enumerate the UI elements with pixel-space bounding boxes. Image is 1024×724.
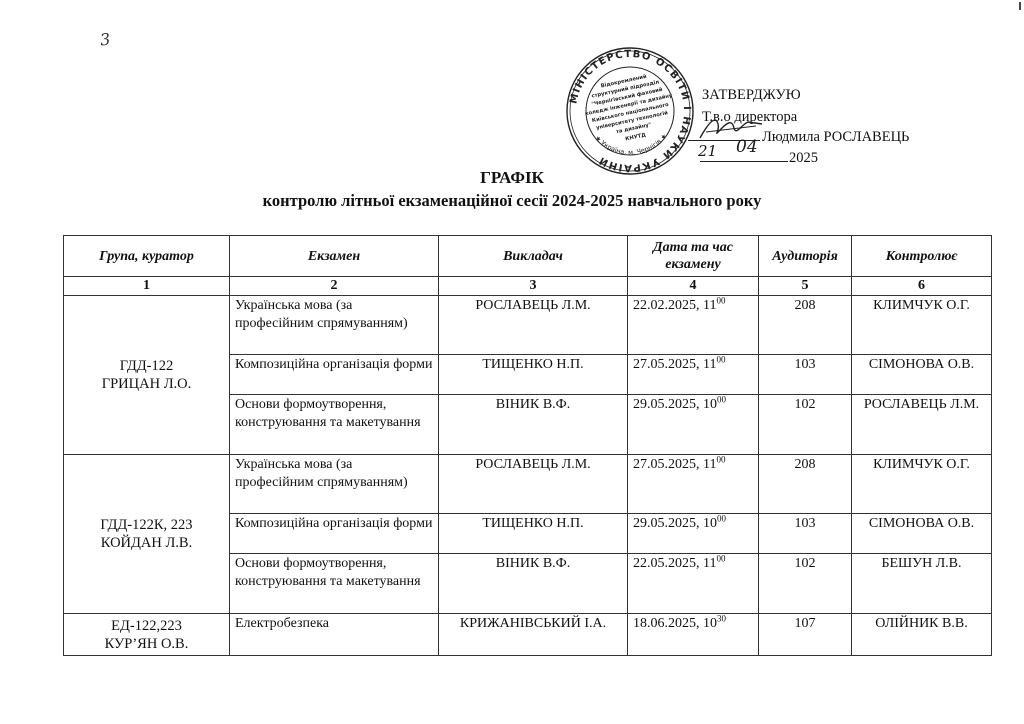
curator-name: ГРИЦАН Л.О. (69, 375, 224, 393)
time-minutes: 00 (716, 553, 725, 563)
room-cell: 102 (759, 554, 852, 614)
table-row: ГДД-122К, 223 КОЙДАН Л.В. Українська мов… (64, 455, 992, 514)
column-number-row: 1 2 3 4 5 6 (64, 277, 992, 296)
column-number: 2 (230, 277, 439, 296)
date-cell: 18.06.2025, 1030 (628, 614, 759, 656)
column-number: 4 (628, 277, 759, 296)
official-stamp: МІНІСТЕРСТВО ОСВІТИ І НАУКИ УКРАЇНИ ★ Ук… (565, 46, 695, 176)
room-cell: 102 (759, 395, 852, 455)
exam-schedule-table: Група, куратор Екзамен Викладач Дата та … (63, 235, 992, 656)
date-cell: 29.05.2025, 1000 (628, 395, 759, 455)
room-cell: 103 (759, 514, 852, 554)
controller-cell: РОСЛАВЕЦЬ Л.М. (852, 395, 992, 455)
approval-date: 2025 (700, 147, 818, 169)
teacher-cell: ВІНИК В.Ф. (439, 554, 628, 614)
group-cell: ГДД-122К, 223 КОЙДАН Л.В. (64, 455, 230, 614)
date-text: 27.05.2025, 11 (633, 457, 716, 472)
time-minutes: 00 (716, 354, 725, 364)
time-minutes: 30 (717, 613, 726, 623)
approver-name: Людмила РОСЛАВЕЦЬ (762, 129, 909, 145)
room-cell: 208 (759, 296, 852, 355)
stamp-inner-line: КНУТД (625, 132, 647, 142)
header-room: Аудиторія (759, 236, 852, 277)
group-name: ГДД-122К, 223 (69, 516, 224, 534)
exam-cell: Українська мова (за професійним спрямува… (230, 455, 439, 514)
controller-cell: КЛИМЧУК О.Г. (852, 455, 992, 514)
header-group-curator: Група, куратор (64, 236, 230, 277)
header-teacher: Викладач (439, 236, 628, 277)
approve-word: ЗАТВЕРДЖУЮ (702, 84, 801, 106)
column-number: 1 (64, 277, 230, 296)
teacher-cell: ТИЩЕНКО Н.П. (439, 514, 628, 554)
controller-cell: ОЛІЙНИК В.В. (852, 614, 992, 656)
handwritten-day: 21 (698, 140, 717, 162)
curator-name: КУР’ЯН О.В. (69, 635, 224, 653)
date-cell: 22.05.2025, 1100 (628, 554, 759, 614)
exam-cell: Основи формоутворення, конструювання та … (230, 554, 439, 614)
teacher-cell: РОСЛАВЕЦЬ Л.М. (439, 455, 628, 514)
date-text: 27.05.2025, 11 (633, 357, 716, 372)
document-subtitle: контролю літньої екзаменаційної сесії 20… (0, 191, 1024, 211)
exam-cell: Композиційна організація форми (230, 514, 439, 554)
date-text: 18.06.2025, 10 (633, 616, 717, 631)
date-text: 22.02.2025, 11 (633, 298, 716, 313)
date-cell: 27.05.2025, 1100 (628, 355, 759, 395)
approval-year: 2025 (789, 150, 818, 166)
exam-cell: Українська мова (за професійним спрямува… (230, 296, 439, 355)
date-text: 29.05.2025, 10 (633, 516, 717, 531)
time-minutes: 00 (716, 454, 725, 464)
column-number: 6 (852, 277, 992, 296)
room-cell: 208 (759, 455, 852, 514)
exam-cell: Електробезпека (230, 614, 439, 656)
teacher-cell: ВІНИК В.Ф. (439, 395, 628, 455)
column-number: 3 (439, 277, 628, 296)
teacher-cell: КРИЖАНІВСЬКИЙ І.А. (439, 614, 628, 656)
table-row: ЕД-122,223 КУР’ЯН О.В. Електробезпека КР… (64, 614, 992, 656)
table-header-row: Група, куратор Екзамен Викладач Дата та … (64, 236, 992, 277)
document-title: ГРАФІК (0, 168, 1024, 188)
room-cell: 103 (759, 355, 852, 395)
header-controller: Контролює (852, 236, 992, 277)
handwritten-page-number: 3 (99, 29, 112, 49)
date-text: 29.05.2025, 10 (633, 397, 717, 412)
room-cell: 107 (759, 614, 852, 656)
date-cell: 29.05.2025, 1000 (628, 514, 759, 554)
stamp-seal-icon: МІНІСТЕРСТВО ОСВІТИ І НАУКИ УКРАЇНИ ★ Ук… (565, 46, 695, 176)
time-minutes: 00 (716, 295, 725, 305)
controller-cell: СІМОНОВА О.В. (852, 355, 992, 395)
teacher-cell: РОСЛАВЕЦЬ Л.М. (439, 296, 628, 355)
signature-scribble-icon (696, 114, 766, 142)
exam-cell: Основи формоутворення, конструювання та … (230, 395, 439, 455)
controller-cell: СІМОНОВА О.В. (852, 514, 992, 554)
controller-cell: БЕШУН Л.В. (852, 554, 992, 614)
controller-cell: КЛИМЧУК О.Г. (852, 296, 992, 355)
curator-name: КОЙДАН Л.В. (69, 534, 224, 552)
scan-corner-mark (1019, 2, 1021, 10)
column-number: 5 (759, 277, 852, 296)
group-cell: ЕД-122,223 КУР’ЯН О.В. (64, 614, 230, 656)
group-cell: ГДД-122 ГРИЦАН Л.О. (64, 296, 230, 455)
date-cell: 27.05.2025, 1100 (628, 455, 759, 514)
group-name: ГДД-122 (69, 357, 224, 375)
date-cell: 22.02.2025, 1100 (628, 296, 759, 355)
time-minutes: 00 (717, 394, 726, 404)
exam-cell: Композиційна організація форми (230, 355, 439, 395)
date-text: 22.05.2025, 11 (633, 556, 716, 571)
header-exam: Екзамен (230, 236, 439, 277)
time-minutes: 00 (717, 513, 726, 523)
table-row: ГДД-122 ГРИЦАН Л.О. Українська мова (за … (64, 296, 992, 355)
header-date-time: Дата та час екзамену (628, 236, 759, 277)
group-name: ЕД-122,223 (69, 617, 224, 635)
teacher-cell: ТИЩЕНКО Н.П. (439, 355, 628, 395)
